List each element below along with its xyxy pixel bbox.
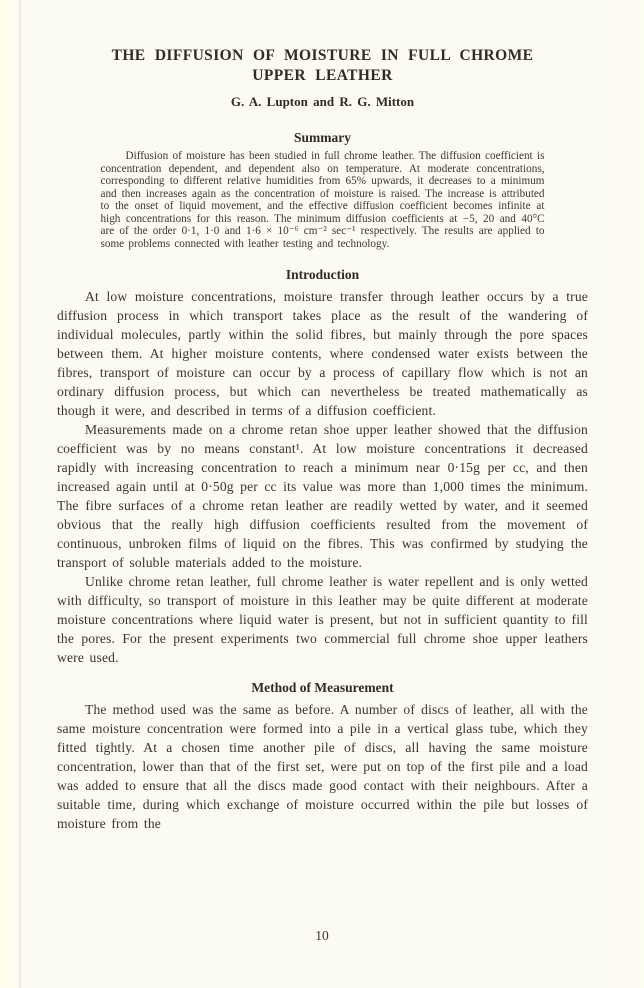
introduction-paragraph-1: At low moisture concentrations, moisture… [57, 287, 588, 420]
article-title-line-2: UPPER LEATHER [57, 66, 588, 86]
method-paragraph-1: The method used was the same as before. … [57, 700, 588, 833]
page-number: 10 [0, 928, 644, 944]
authors-byline: G. A. Lupton and R. G. Mitton [57, 94, 588, 110]
introduction-heading: Introduction [57, 267, 588, 282]
method-heading: Method of Measurement [57, 680, 588, 695]
document-page: THE DIFFUSION OF MOISTURE IN FULL CHROME… [0, 0, 644, 988]
introduction-paragraph-3: Unlike chrome retan leather, full chrome… [57, 572, 588, 667]
page-fold-crease [19, 0, 21, 988]
article-title-line-1: THE DIFFUSION OF MOISTURE IN FULL CHROME [57, 46, 588, 66]
introduction-paragraph-2: Measurements made on a chrome retan shoe… [57, 420, 588, 572]
summary-paragraph: Diffusion of moisture has been studied i… [101, 150, 545, 250]
summary-heading: Summary [57, 130, 588, 145]
page-content: THE DIFFUSION OF MOISTURE IN FULL CHROME… [57, 0, 588, 833]
